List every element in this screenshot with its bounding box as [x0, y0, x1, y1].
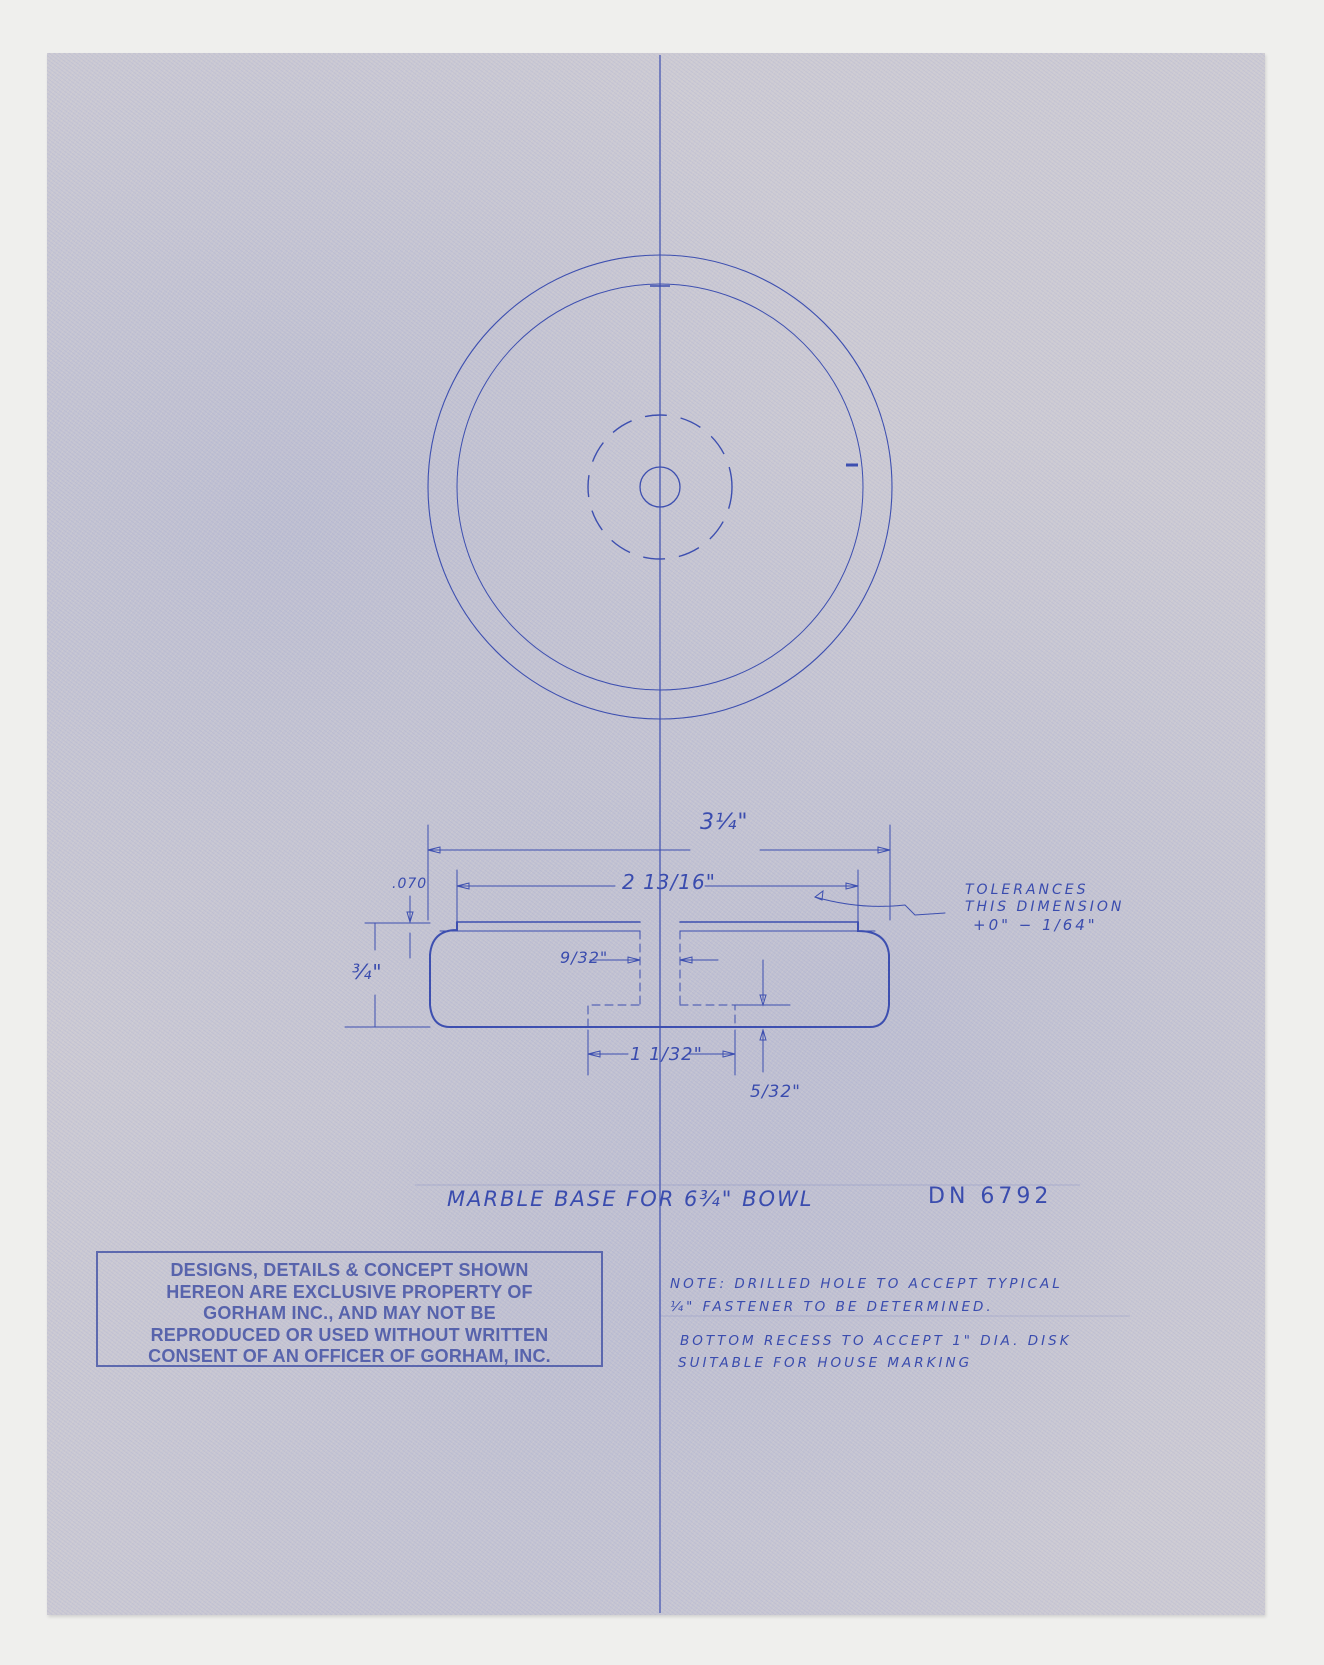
dimension-height: ¾" — [352, 960, 383, 984]
stamp-line: CONSENT OF AN OFFICER OF GORHAM, INC. — [98, 1346, 601, 1368]
stamp-line: DESIGNS, DETAILS & CONCEPT SHOWN — [98, 1260, 601, 1282]
stamp-line: GORHAM INC., AND MAY NOT BE — [98, 1303, 601, 1325]
tolerance-line: THIS DIMENSION — [965, 899, 1124, 916]
stamp-line: HEREON ARE EXCLUSIVE PROPERTY OF — [98, 1282, 601, 1304]
section-view — [345, 825, 945, 1075]
note-line: NOTE: DRILLED HOLE TO ACCEPT TYPICAL — [670, 1276, 1063, 1292]
drawing-title: MARBLE BASE FOR 6¾" BOWL — [447, 1187, 814, 1211]
dimension-lip-height: .070 — [392, 876, 427, 892]
dimension-top-width: 2 13/16" — [622, 870, 716, 894]
dimension-recess-width: 1 1/32" — [630, 1044, 703, 1065]
dimension-overall-width: 3¼" — [700, 810, 748, 835]
tolerance-line: +0" − 1/64" — [965, 916, 1124, 934]
dimension-hole-width: 9/32" — [560, 948, 608, 967]
stamp-line: REPRODUCED OR USED WITHOUT WRITTEN — [98, 1325, 601, 1347]
note-line: ¼" FASTENER TO BE DETERMINED. — [670, 1299, 994, 1315]
note-line: BOTTOM RECESS TO ACCEPT 1" DIA. DISK — [680, 1333, 1072, 1349]
dimension-recess-depth: 5/32" — [750, 1082, 801, 1102]
note-line: SUITABLE FOR HOUSE MARKING — [678, 1355, 972, 1371]
technical-drawing — [0, 0, 1324, 1665]
tolerance-line: TOLERANCES — [965, 882, 1124, 899]
tolerance-note: TOLERANCES THIS DIMENSION +0" − 1/64" — [965, 882, 1124, 934]
design-number: DN 6792 — [928, 1184, 1052, 1209]
copyright-stamp: DESIGNS, DETAILS & CONCEPT SHOWN HEREON … — [96, 1251, 603, 1367]
